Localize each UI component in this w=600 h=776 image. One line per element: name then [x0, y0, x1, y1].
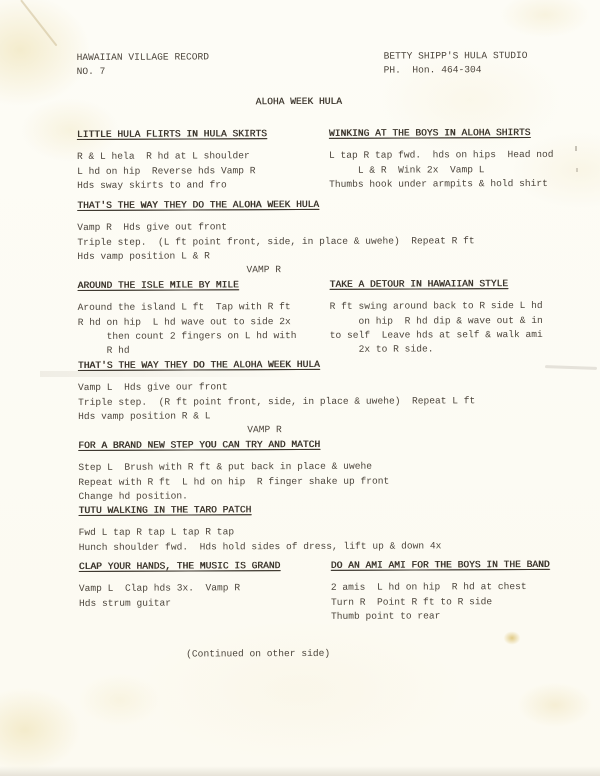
page-title: ALOHA WEEK HULA [0, 94, 599, 111]
section-heading: WINKING AT THE BOYS IN ALOHA SHIRTS [329, 126, 554, 141]
studio-phone-line: PH. Hon. 464-304 [384, 63, 528, 78]
section-heading: TUTU WALKING IN THE TARO PATCH [79, 502, 442, 518]
instruction-line: Step L Brush with R ft & put back in pla… [78, 460, 389, 476]
instruction-line: 2x to R side. [330, 342, 543, 357]
instruction-line: Thumb point to rear [331, 609, 550, 624]
instruction-line: Thumbs hook under armpits & hold shirt [329, 177, 554, 192]
header-right: BETTY SHIPP'S HULA STUDIO PH. Hon. 464-3… [384, 49, 528, 78]
vamp-note: VAMP R [246, 262, 474, 277]
instruction-line: Hds strum guitar [79, 596, 281, 611]
instruction-line: Around the island L ft Tap with R ft [78, 300, 297, 315]
instruction-line: R hd [78, 343, 297, 358]
section-little-hula-flirts: LITTLE HULA FLIRTS IN HULA SKIRTS R & L … [77, 127, 267, 193]
continued-note: (Continued on other side) [186, 647, 330, 662]
section-heading: LITTLE HULA FLIRTS IN HULA SKIRTS [77, 127, 267, 142]
section-thats-the-way-1: THAT'S THE WAY THEY DO THE ALOHA WEEK HU… [77, 197, 475, 278]
header-left: HAWAIIAN VILLAGE RECORD NO. 7 [77, 50, 210, 79]
section-clap-your-hands: CLAP YOUR HANDS, THE MUSIC IS GRAND Vamp… [79, 559, 281, 611]
instruction-line: R ft swing around back to R side L hd [330, 299, 543, 314]
vamp-note: VAMP R [247, 422, 475, 437]
section-heading: TAKE A DETOUR IN HAWAIIAN STYLE [330, 277, 543, 292]
instruction-line: L tap R tap fwd. hds on hips Head nod [329, 148, 554, 163]
section-heading: FOR A BRAND NEW STEP YOU CAN TRY AND MAT… [78, 438, 389, 454]
instruction-line: Repeat with R ft L hd on hip R finger sh… [78, 474, 389, 490]
instruction-line: L & R Wink 2x Vamp L [329, 162, 554, 177]
instruction-line: Vamp L Clap hds 3x. Vamp R [79, 581, 281, 596]
studio-name-line: BETTY SHIPP'S HULA STUDIO [384, 49, 528, 64]
instruction-line: R hd on hip L hd wave out to side 2x [78, 315, 297, 330]
instruction-line: Triple step. (R ft point front, side, in… [78, 394, 475, 410]
section-winking-at-the-boys: WINKING AT THE BOYS IN ALOHA SHIRTS L ta… [329, 126, 554, 192]
section-row-1: LITTLE HULA FLIRTS IN HULA SKIRTS R & L … [0, 126, 599, 129]
section-heading: THAT'S THE WAY THEY DO THE ALOHA WEEK HU… [77, 197, 474, 213]
instruction-line: Triple step. (L ft point front, side, in… [77, 234, 474, 250]
section-around-the-isle: AROUND THE ISLE MILE BY MILE Around the … [78, 278, 297, 358]
document-content: HAWAIIAN VILLAGE RECORD NO. 7 BETTY SHIP… [0, 0, 600, 776]
section-heading: CLAP YOUR HANDS, THE MUSIC IS GRAND [79, 559, 281, 574]
section-heading: DO AN AMI AMI FOR THE BOYS IN THE BAND [331, 558, 550, 573]
instruction-line: R & L hela R hd at L shoulder [77, 149, 267, 164]
instruction-line: Turn R Point R ft to R side [331, 595, 550, 610]
section-tutu-walking: TUTU WALKING IN THE TARO PATCH Fwd L tap… [79, 502, 442, 554]
instruction-line: 2 amis L hd on hip R hd at chest [331, 580, 550, 595]
record-number-line: NO. 7 [77, 65, 209, 80]
section-heading: AROUND THE ISLE MILE BY MILE [78, 278, 297, 293]
section-do-an-ami-ami: DO AN AMI AMI FOR THE BOYS IN THE BAND 2… [331, 558, 550, 624]
section-take-a-detour: TAKE A DETOUR IN HAWAIIAN STYLE R ft swi… [330, 277, 543, 357]
section-row-7: CLAP YOUR HANDS, THE MUSIC IS GRAND Vamp… [1, 558, 600, 561]
instruction-line: to self Leave hds at self & walk ami [330, 328, 543, 343]
scanned-page: HAWAIIAN VILLAGE RECORD NO. 7 BETTY SHIP… [0, 0, 600, 776]
instruction-line: Change hd position. [78, 489, 389, 505]
instruction-line: Hunch shoulder fwd. Hds hold sides of dr… [79, 539, 442, 555]
instruction-line: on hip R hd dip & wave out & in [330, 314, 543, 329]
instruction-line: Hds sway skirts to and fro [77, 178, 267, 193]
section-heading: THAT'S THE WAY THEY DO THE ALOHA WEEK HU… [78, 357, 475, 373]
record-label-line: HAWAIIAN VILLAGE RECORD [77, 50, 209, 65]
instruction-line: then count 2 fingers on L hd with [78, 329, 297, 344]
section-thats-the-way-2: THAT'S THE WAY THEY DO THE ALOHA WEEK HU… [78, 357, 476, 438]
instruction-line: L hd on hip Reverse hds Vamp R [77, 164, 267, 179]
instruction-line: Fwd L tap R tap L tap R tap [79, 525, 442, 541]
section-brand-new-step: FOR A BRAND NEW STEP YOU CAN TRY AND MAT… [78, 438, 389, 505]
